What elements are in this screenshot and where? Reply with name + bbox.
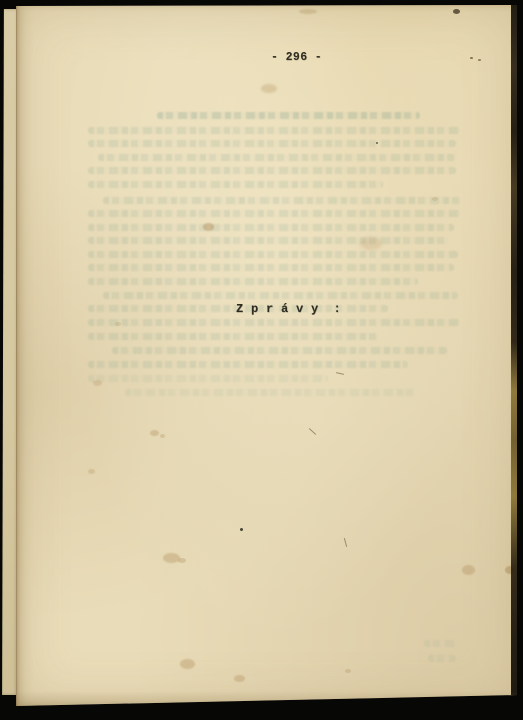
paper-stain — [93, 380, 102, 386]
bleed-line — [428, 655, 456, 662]
binding-crease — [16, 5, 33, 707]
scanner-background: - 296 - Z p r á v y : — [0, 0, 523, 720]
paper-speck — [376, 142, 378, 144]
section-heading: Z p r á v y : — [236, 303, 341, 315]
paper-stain — [203, 223, 214, 231]
bleed-line — [88, 127, 460, 134]
bleed-line — [88, 264, 454, 271]
bleed-line — [88, 181, 383, 188]
bleed-line — [112, 347, 447, 354]
bleed-line — [88, 319, 460, 326]
paper-stain — [453, 9, 460, 14]
paper-stain — [261, 84, 277, 93]
bleedthrough-text-layer — [16, 5, 517, 707]
bleed-line — [88, 333, 378, 340]
paper-stain — [360, 237, 382, 250]
page-number: - 296 - — [271, 52, 322, 64]
paper-stain — [115, 322, 121, 326]
paper-stain — [234, 675, 245, 682]
paper-stain — [299, 9, 317, 14]
paper-stain — [478, 59, 481, 61]
paper-stain — [160, 434, 165, 438]
bleed-line — [125, 389, 415, 396]
paper-stain — [178, 558, 186, 563]
bleed-line — [88, 251, 458, 258]
bleed-line — [88, 167, 456, 174]
page-bottom-shadow — [16, 691, 517, 707]
bleed-line — [88, 140, 456, 147]
page-right-edge — [511, 5, 517, 707]
paper-stain — [180, 659, 195, 669]
bleed-line — [88, 210, 460, 217]
paper-stain — [432, 197, 438, 201]
bleed-line — [103, 292, 458, 299]
bleed-line — [88, 278, 418, 285]
bleed-line — [98, 154, 456, 161]
paper-stain — [470, 57, 473, 59]
bleed-line — [88, 237, 448, 244]
bleed-line — [88, 375, 328, 382]
bleed-line — [88, 224, 454, 231]
paper-stain — [462, 565, 475, 575]
paper-stain — [345, 669, 351, 673]
bleed-line — [424, 640, 458, 647]
bleed-line — [103, 197, 461, 204]
document-page: - 296 - Z p r á v y : — [16, 5, 517, 707]
paper-speck — [240, 528, 243, 531]
paper-stain — [150, 430, 159, 436]
paper-stain — [88, 469, 95, 474]
bleed-line — [88, 361, 408, 368]
bleed-line — [157, 112, 420, 119]
